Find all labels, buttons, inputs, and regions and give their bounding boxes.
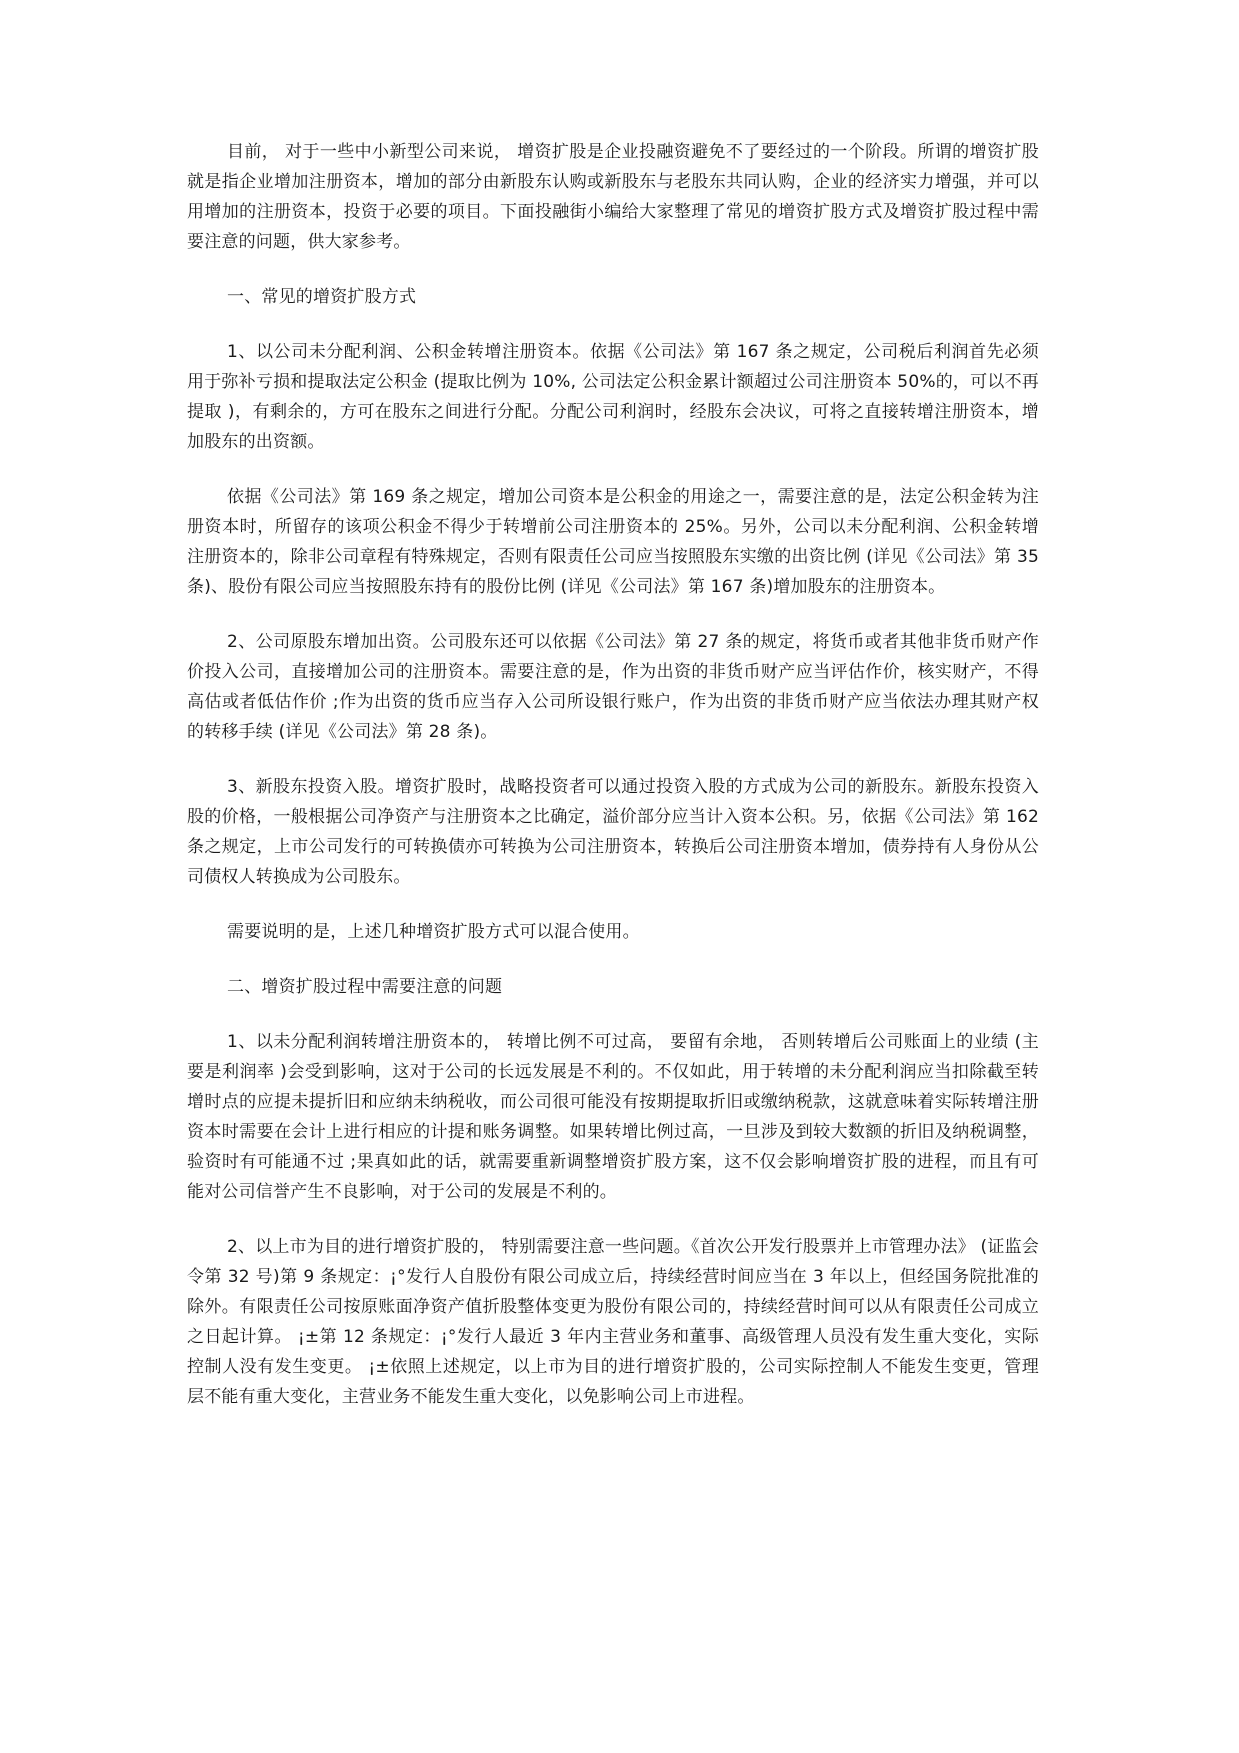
section-heading-issues: 二、增资扩股过程中需要注意的问题 xyxy=(187,972,1039,1002)
section-heading-common-methods: 一、常见的增资扩股方式 xyxy=(187,282,1039,312)
method-1-continued-paragraph: 依据《公司法》第 169 条之规定，增加公司资本是公积金的用途之一，需要注意的是… xyxy=(187,482,1039,602)
method-2-paragraph: 2、公司原股东增加出资。公司股东还可以依据《公司法》第 27 条的规定，将货币或… xyxy=(187,627,1039,747)
issue-2-paragraph: 2、以上市为目的进行增资扩股的， 特别需要注意一些问题。《首次公开发行股票并上市… xyxy=(187,1232,1039,1412)
mixed-use-note-paragraph: 需要说明的是，上述几种增资扩股方式可以混合使用。 xyxy=(187,917,1039,947)
document-body: 目前， 对于一些中小新型公司来说， 增资扩股是企业投融资避免不了要经过的一个阶段… xyxy=(187,137,1039,1437)
method-3-paragraph: 3、新股东投资入股。增资扩股时，战略投资者可以通过投资入股的方式成为公司的新股东… xyxy=(187,772,1039,892)
document-page: 目前， 对于一些中小新型公司来说， 增资扩股是企业投融资避免不了要经过的一个阶段… xyxy=(0,0,1239,1753)
method-1-paragraph: 1、以公司未分配利润、公积金转增注册资本。依据《公司法》第 167 条之规定，公… xyxy=(187,337,1039,457)
intro-paragraph: 目前， 对于一些中小新型公司来说， 增资扩股是企业投融资避免不了要经过的一个阶段… xyxy=(187,137,1039,257)
issue-1-paragraph: 1、以未分配利润转增注册资本的， 转增比例不可过高， 要留有余地， 否则转增后公… xyxy=(187,1027,1039,1207)
